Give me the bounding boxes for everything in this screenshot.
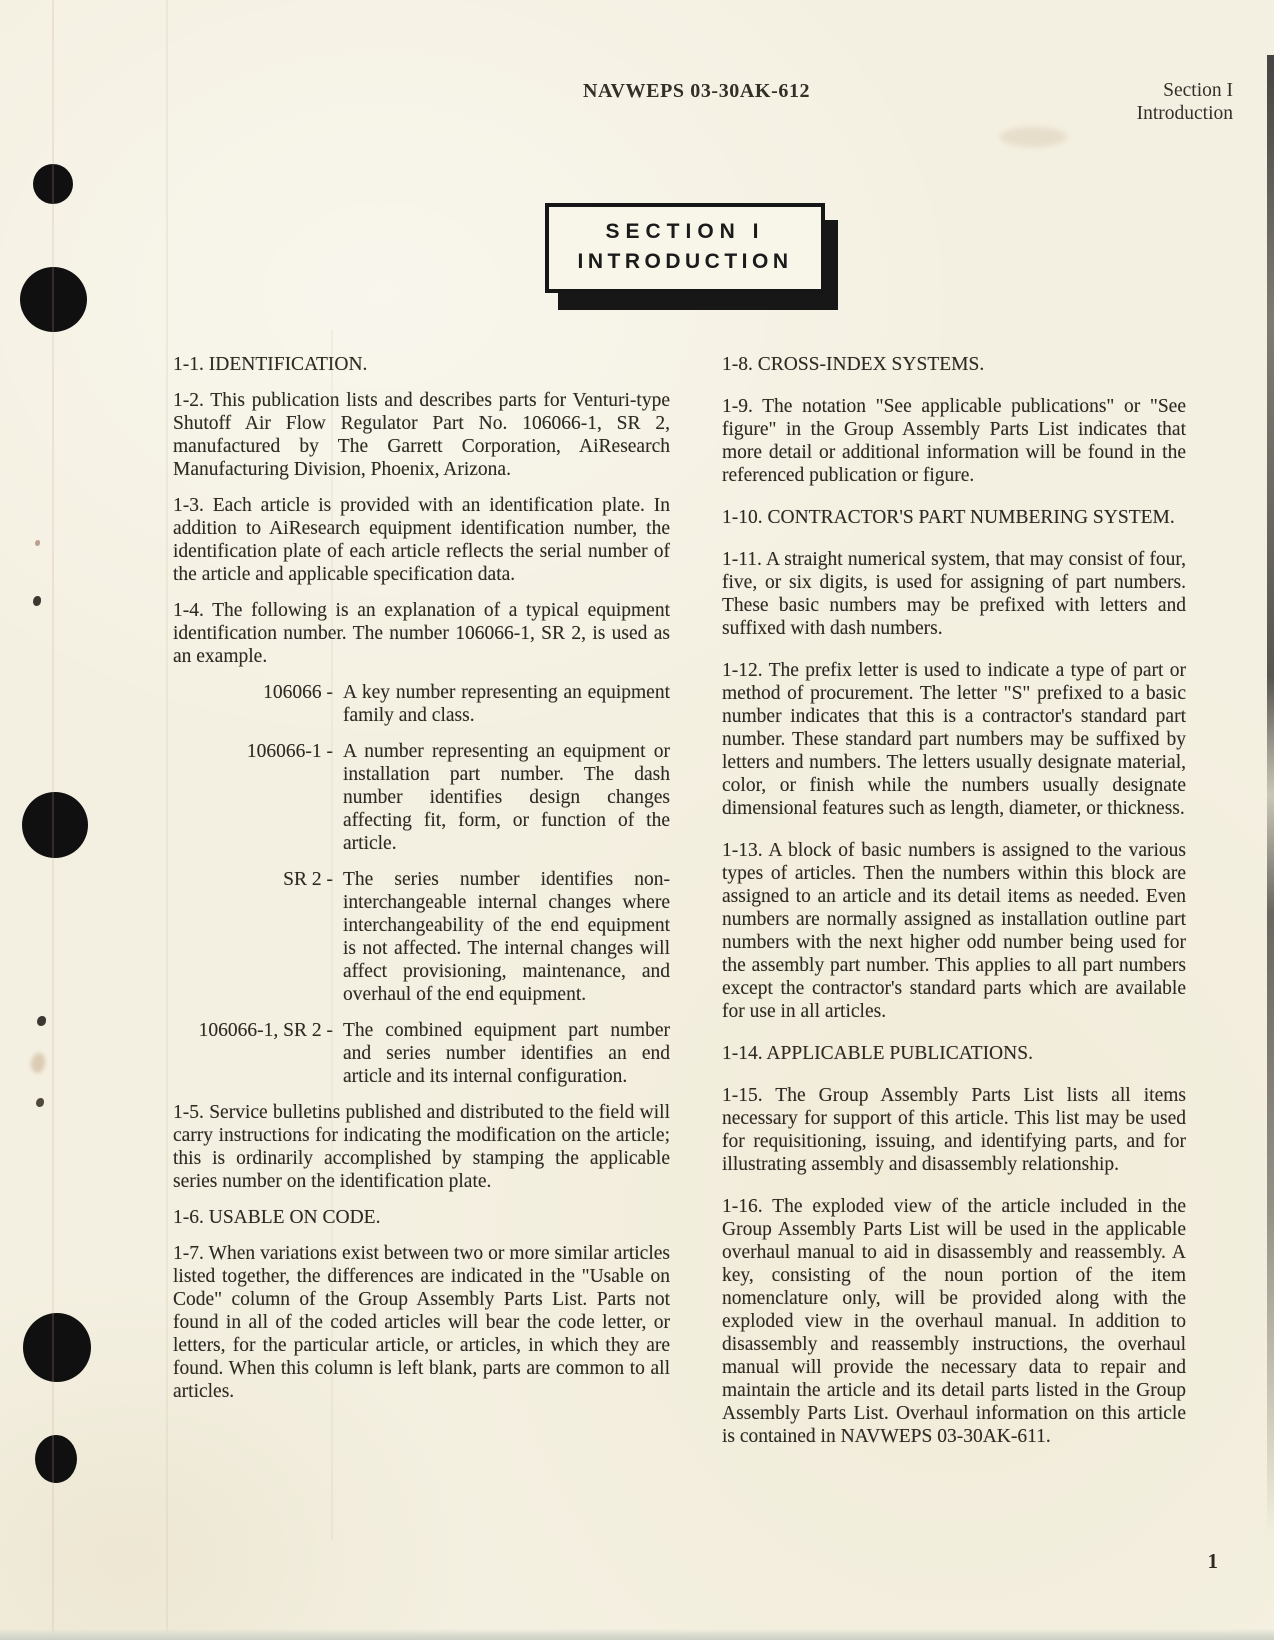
definition-term: 106066 - (173, 681, 333, 727)
section-heading: 1-10. CONTRACTOR'S PART NUMBERING SYSTEM… (722, 506, 1186, 529)
paragraph: 1-16. The exploded view of the article i… (722, 1195, 1186, 1448)
section-heading: 1-14. APPLICABLE PUBLICATIONS. (722, 1042, 1186, 1065)
paragraph: 1-2. This publication lists and describe… (173, 389, 670, 481)
definition-text: The series number identifies non-interch… (343, 868, 670, 1006)
paragraph: 1-12. The prefix letter is used to indic… (722, 659, 1186, 820)
ink-speck (35, 540, 40, 546)
paragraph: 1-11. A straight numerical system, that … (722, 548, 1186, 640)
ink-speck (36, 1098, 44, 1107)
paragraph: 1-5. Service bulletins published and dis… (173, 1101, 670, 1193)
ink-speck (33, 596, 41, 606)
definition-item: 106066-1 -A number representing an equip… (173, 740, 670, 855)
section-banner: SECTION I INTRODUCTION (545, 203, 825, 293)
header-section-ref: Section I Introduction (1137, 80, 1233, 125)
header-section-label: Section I (1137, 80, 1233, 103)
definition-item: 106066-1, SR 2 -The combined equipment p… (173, 1019, 670, 1088)
paragraph: 1-4. The following is an explanation of … (173, 599, 670, 668)
punch-hole-dot (23, 1313, 91, 1382)
definition-term: SR 2 - (173, 868, 333, 1006)
definition-text: A key number representing an equipment f… (343, 681, 670, 727)
paragraph: 1-7. When variations exist between two o… (173, 1242, 670, 1403)
section-heading: 1-1. IDENTIFICATION. (173, 353, 670, 376)
definition-item: SR 2 -The series number identifies non-i… (173, 868, 670, 1006)
scan-line (52, 0, 54, 1640)
ink-speck (31, 1053, 45, 1073)
section-heading: 1-6. USABLE ON CODE. (173, 1206, 670, 1229)
scan-line (331, 330, 333, 1540)
definition-text: The combined equipment part number and s… (343, 1019, 670, 1088)
header-section-sublabel: Introduction (1137, 103, 1233, 126)
paragraph: 1-9. The notation "See applicable public… (722, 395, 1186, 487)
doc-number: NAVWEPS 03-30AK-612 (583, 80, 810, 102)
punch-hole-dot (35, 1435, 77, 1483)
column-right: 1-8. CROSS-INDEX SYSTEMS.1-9. The notati… (722, 353, 1186, 1467)
column-left: 1-1. IDENTIFICATION.1-2. This publicatio… (173, 353, 670, 1416)
punch-hole-dot (22, 792, 88, 858)
definition-list: 106066 -A key number representing an equ… (173, 681, 670, 1088)
scan-smudge (1000, 127, 1067, 147)
page-number: 1 (1208, 1549, 1219, 1574)
scan-line (166, 0, 168, 1640)
paragraph: 1-15. The Group Assembly Parts List list… (722, 1084, 1186, 1176)
paragraph: 1-13. A block of basic numbers is assign… (722, 839, 1186, 1023)
manual-page: NAVWEPS 03-30AK-612 Section I Introducti… (0, 0, 1274, 1640)
paragraph: 1-3. Each article is provided with an id… (173, 494, 670, 586)
definition-term: 106066-1 - (173, 740, 333, 855)
banner-title: SECTION I (549, 220, 821, 244)
section-heading: 1-8. CROSS-INDEX SYSTEMS. (722, 353, 1186, 376)
definition-text: A number representing an equipment or in… (343, 740, 670, 855)
definition-item: 106066 -A key number representing an equ… (173, 681, 670, 727)
page-edge-strip (1267, 55, 1274, 1535)
bottom-edge-band (0, 1629, 1274, 1640)
banner-subtitle: INTRODUCTION (549, 250, 821, 274)
ink-speck (37, 1016, 46, 1026)
definition-term: 106066-1, SR 2 - (173, 1019, 333, 1088)
